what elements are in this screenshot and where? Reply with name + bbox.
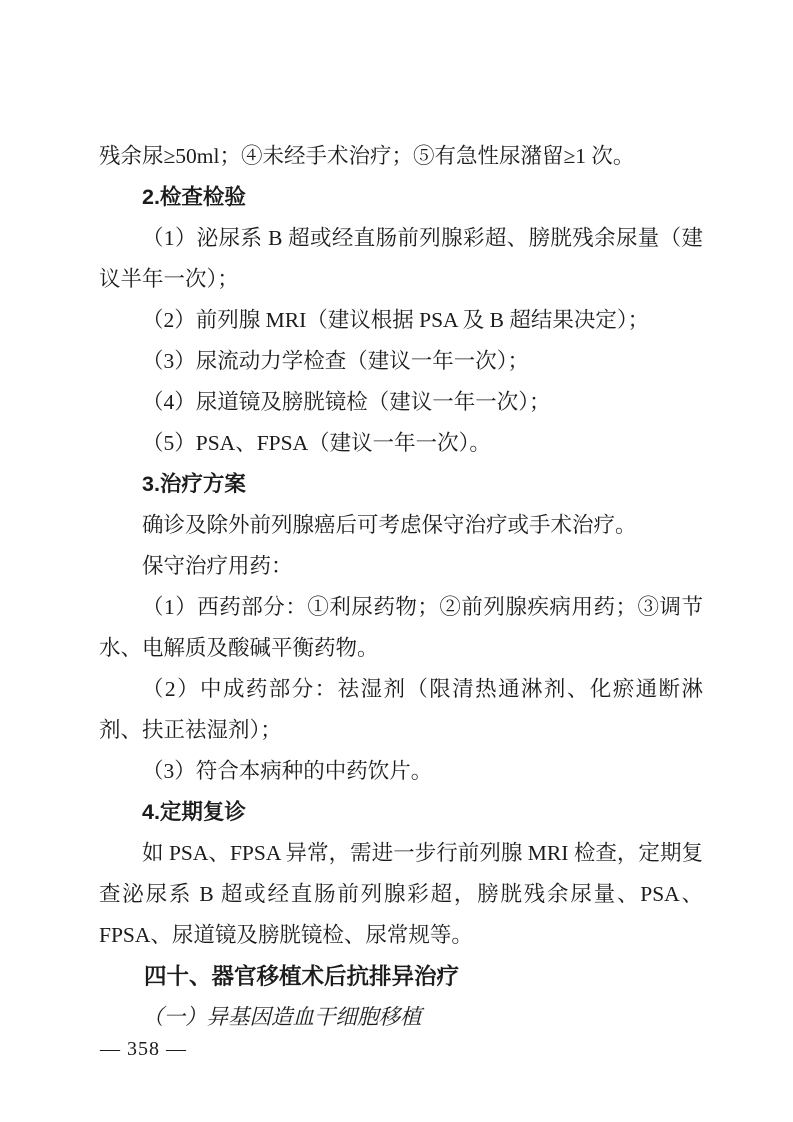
sub-heading: 2.检查检验 [99,177,703,218]
paragraph-line: （一）异基因造血干细胞移植 [99,997,703,1038]
paragraph-line: （4）尿道镜及膀胱镜检（建议一年一次）； [99,382,703,423]
paragraph-line: （2）前列腺 MRI（建议根据 PSA 及 B 超结果决定）； [99,300,703,341]
document-body: 残余尿≥50ml；④未经手术治疗；⑤有急性尿潴留≥1 次。2.检查检验（1）泌尿… [99,136,703,1038]
paragraph-line: （1）泌尿系 B 超或经直肠前列腺彩超、膀胱残余尿量（建议半年一次）； [99,218,703,300]
paragraph-line: （5）PSA、FPSA（建议一年一次）。 [99,423,703,464]
paragraph-line: （3）尿流动力学检查（建议一年一次）； [99,341,703,382]
paragraph-line: 确诊及除外前列腺癌后可考虑保守治疗或手术治疗。 [99,505,703,546]
sub-heading: 3.治疗方案 [99,464,703,505]
paragraph-line: （1）西药部分：①利尿药物；②前列腺疾病用药；③调节水、电解质及酸碱平衡药物。 [99,587,703,669]
paragraph-line: 保守治疗用药： [99,546,703,587]
paragraph-line: 如 PSA、FPSA 异常，需进一步行前列腺 MRI 检查，定期复查泌尿系 B … [99,833,703,956]
paragraph-line: 残余尿≥50ml；④未经手术治疗；⑤有急性尿潴留≥1 次。 [99,136,703,177]
document-page: 残余尿≥50ml；④未经手术治疗；⑤有急性尿潴留≥1 次。2.检查检验（1）泌尿… [0,0,793,1122]
paragraph-line: （2）中成药部分：祛湿剂（限清热通淋剂、化瘀通断淋剂、扶正祛湿剂）； [99,669,703,751]
sub-heading: 4.定期复诊 [99,792,703,833]
page-number: — 358 — [100,1036,187,1062]
paragraph-line: （3）符合本病种的中药饮片。 [99,751,703,792]
section-heading: 四十、器官移植术后抗排异治疗 [99,956,703,997]
